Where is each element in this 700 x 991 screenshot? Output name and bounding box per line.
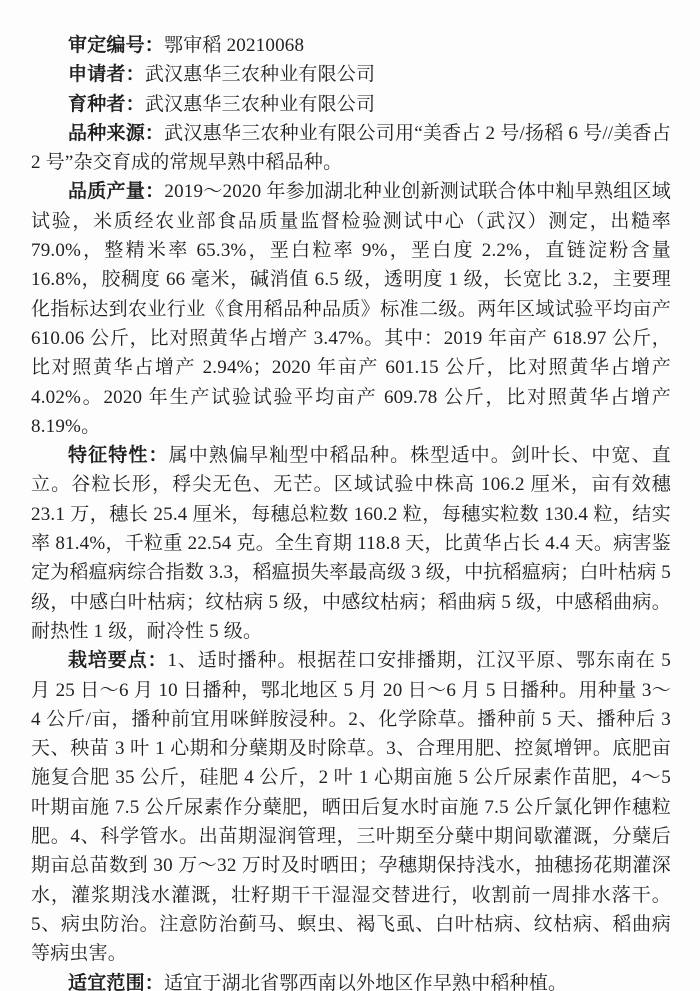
paragraph-label: 育种者： — [68, 94, 145, 115]
paragraph-text: 武汉惠华三农种业有限公司 — [145, 64, 375, 85]
paragraph: 品种来源：武汉惠华三农种业有限公司用“美香占 2 号/扬稻 6 号//美香占 2… — [31, 119, 671, 178]
paragraph-text: 武汉惠华三农种业有限公司 — [145, 94, 375, 115]
paragraph: 育种者：武汉惠华三农种业有限公司 — [31, 90, 671, 119]
document-page: 审定编号：鄂审稻 20210068 申请者：武汉惠华三农种业有限公司 育种者：武… — [0, 0, 700, 991]
paragraph-label: 特征特性： — [68, 445, 169, 466]
paragraph-text: 适宜于湖北省鄂西南以外地区作早熟中稻种植。 — [164, 973, 567, 991]
paragraph: 适宜范围：适宜于湖北省鄂西南以外地区作早熟中稻种植。 — [31, 969, 671, 991]
paragraph-text: 2019～2020 年参加湖北种业创新测试联合体中籼早熟组区域试验，米质经农业部… — [31, 181, 671, 436]
paragraph-label: 品种来源： — [68, 123, 164, 144]
paragraph: 申请者：武汉惠华三农种业有限公司 — [31, 60, 671, 89]
paragraph-label: 申请者： — [68, 64, 145, 85]
paragraph: 审定编号：鄂审稻 20210068 — [31, 31, 671, 60]
paragraph-text: 1、适时播种。根据茬口安排播期，江汉平原、鄂东南在 5 月 25 日～6 月 1… — [31, 650, 671, 964]
paragraph-label: 栽培要点： — [68, 650, 168, 671]
paragraph: 特征特性：属中熟偏早籼型中稻品种。株型适中。剑叶长、中宽、直立。谷粒长形，稃尖无… — [31, 441, 671, 646]
paragraph: 品质产量：2019～2020 年参加湖北种业创新测试联合体中籼早熟组区域试验，米… — [31, 177, 671, 441]
paragraph-label: 审定编号： — [68, 35, 164, 56]
paragraph: 栽培要点：1、适时播种。根据茬口安排播期，江汉平原、鄂东南在 5 月 25 日～… — [31, 646, 671, 968]
paragraph-text: 鄂审稻 20210068 — [164, 35, 304, 56]
paragraph-text: 属中熟偏早籼型中稻品种。株型适中。剑叶长、中宽、直立。谷粒长形，稃尖无色、无芒。… — [31, 445, 671, 642]
document-body: 审定编号：鄂审稻 20210068 申请者：武汉惠华三农种业有限公司 育种者：武… — [31, 31, 671, 991]
paragraph-label: 适宜范围： — [68, 973, 164, 991]
paragraph-label: 品质产量： — [68, 181, 164, 202]
